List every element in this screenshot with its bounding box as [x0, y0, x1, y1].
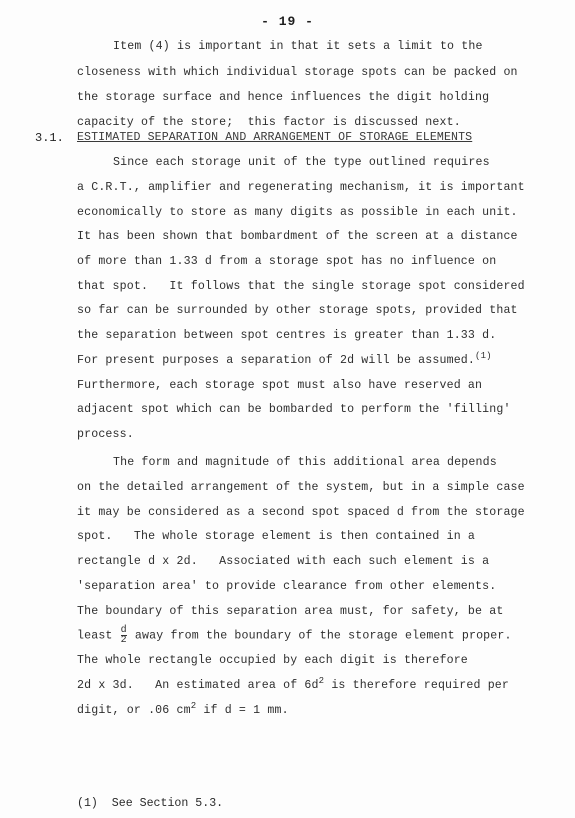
section-heading: ESTIMATED SEPARATION AND ARRANGEMENT OF … — [77, 131, 472, 144]
footnote-ref: (1) — [475, 351, 492, 361]
para3-line: on the detailed arrangement of the syste… — [77, 481, 525, 494]
para2-line: so far can be surrounded by other storag… — [77, 304, 518, 317]
document-page: - 19 - Item (4) is important in that it … — [0, 0, 575, 818]
para3-line: spot. The whole storage element is then … — [77, 530, 475, 543]
para3-line-with-superscript: 2d x 3d. An estimated area of 6d2 is the… — [77, 679, 509, 692]
para3-text: least — [77, 630, 113, 643]
para3-line: 'separation area' to provide clearance f… — [77, 580, 496, 593]
para2-line: process. — [77, 428, 134, 441]
superscript: 2 — [319, 676, 325, 686]
para2-text: For present purposes a separation of 2d … — [77, 354, 475, 367]
para2-line-with-ref: For present purposes a separation of 2d … — [77, 354, 492, 367]
para3-text: away from the boundary of the storage el… — [135, 630, 512, 643]
para1-line: closeness with which individual storage … — [77, 66, 518, 79]
para2-line: Furthermore, each storage spot must also… — [77, 379, 482, 392]
footnote: (1) See Section 5.3. — [77, 797, 223, 810]
para2-line: a C.R.T., amplifier and regenerating mec… — [77, 181, 525, 194]
para2-line: Since each storage unit of the type outl… — [113, 156, 490, 169]
superscript: 2 — [191, 701, 197, 711]
para2-line: that spot. It follows that the single st… — [77, 280, 525, 293]
para3-text: 2d x 3d. An estimated area of 6d — [77, 679, 319, 692]
para2-line: of more than 1.33 d from a storage spot … — [77, 255, 496, 268]
para1-line: the storage surface and hence influences… — [77, 91, 489, 104]
page-number: - 19 - — [0, 14, 575, 29]
para1-line: Item (4) is important in that it sets a … — [113, 40, 483, 53]
para2-line: economically to store as many digits as … — [77, 206, 518, 219]
para2-line: It has been shown that bombardment of th… — [77, 230, 518, 243]
para3-line: The form and magnitude of this additiona… — [113, 456, 497, 469]
section-number: 3.1. — [35, 131, 64, 145]
para3-text: if d = 1 mm. — [203, 704, 288, 717]
para3-line: The boundary of this separation area mus… — [77, 605, 503, 618]
para1-line: capacity of the store; this factor is di… — [77, 116, 461, 129]
para3-line-with-fraction: least d2 away from the boundary of the s… — [77, 626, 512, 645]
para3-text: is therefore required per — [331, 679, 509, 692]
para3-text: digit, or .06 cm — [77, 704, 191, 717]
para3-line: The whole rectangle occupied by each dig… — [77, 654, 468, 667]
fraction-d-over-2: d2 — [121, 626, 127, 645]
para3-line: it may be considered as a second spot sp… — [77, 506, 525, 519]
para3-line: rectangle d x 2d. Associated with each s… — [77, 555, 489, 568]
para2-line: the separation between spot centres is g… — [77, 329, 496, 342]
para3-line-with-superscript: digit, or .06 cm2 if d = 1 mm. — [77, 704, 289, 717]
para2-line: adjacent spot which can be bombarded to … — [77, 403, 511, 416]
